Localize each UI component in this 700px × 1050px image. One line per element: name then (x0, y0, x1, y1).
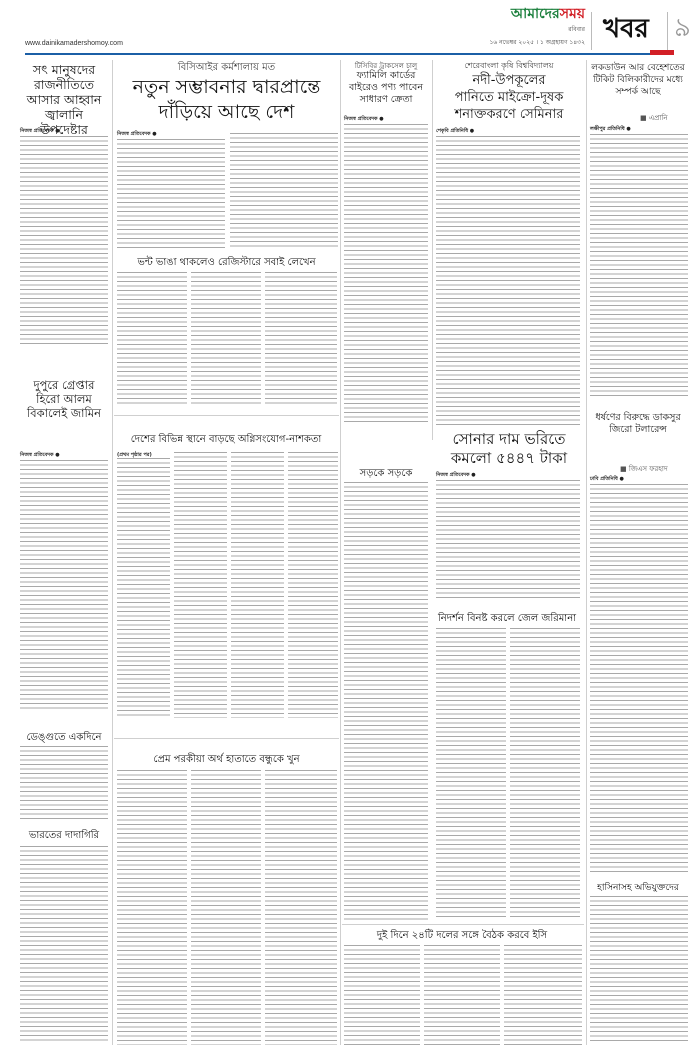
headline[interactable]: ভারতের দাদাগিরি (20, 828, 108, 845)
article-body: সংবাদ বিস্তারিত (117, 272, 187, 407)
article-body: সংবাদ বিস্তারিত (230, 133, 338, 249)
headline[interactable]: শনাক্তকরণে সেমিনার (434, 107, 584, 123)
article-body: সংবাদ বিস্তারিত (436, 480, 580, 600)
headline[interactable]: কমলো ৫৪৪৭ টাকা (434, 449, 584, 467)
article-body: সংবাদ বিস্তারিত (590, 896, 688, 1044)
article-body: সংবাদ বিস্তারিত (436, 136, 580, 426)
byline: লক্ষীপুর প্রতিনিধি ● (590, 126, 631, 134)
headline[interactable]: ফ্যামিলি কার্ডের বাইরেও পণ্য পাবেন সাধার… (342, 70, 430, 106)
headline[interactable]: পানিতে মাইক্রো-দূষক (434, 90, 584, 106)
column-divider (586, 60, 587, 1045)
headline[interactable]: দেশের বিভিন্ন স্থানে বাড়ছে অগ্নিসংযোগ-ন… (112, 432, 340, 449)
headline[interactable]: হাসিনাসহ অভিযুক্তদের (588, 880, 688, 895)
article-body: সংবাদ বিস্তারিত (20, 746, 108, 820)
article-body: সংবাদ বিস্তারিত (510, 628, 580, 918)
headline[interactable]: লকডাউন আর বেহেশতের টিকিট বিলিকারীদের মধ্… (588, 62, 688, 98)
newspaper-brand: আমাদেরসময় রবিবার ১৬ নভেম্বর ২০২৫ । ১ অগ… (440, 6, 585, 48)
article-body: সংবাদ বিস্তারিত (344, 945, 420, 1045)
article-body: সংবাদ বিস্তারিত (424, 945, 500, 1045)
headline[interactable]: প্রেম পরকীয়া অর্থ হাতাতে বন্ধুকে খুন (114, 752, 339, 769)
headline[interactable]: ধর্ষণের বিরুদ্ধে ডাকসুর জিরো টলারেন্স (588, 412, 688, 436)
article-body: সংবাদ বিস্তারিত (117, 139, 225, 249)
masthead: www.dainikamadershomoy.com আমাদেরসময় রব… (0, 0, 700, 57)
article-body: সংবাদ বিস্তারিত (265, 770, 337, 1045)
article-body: সংবাদ বিস্তারিত (288, 452, 338, 718)
article-body: সংবাদ বিস্তারিত (504, 945, 582, 1045)
headline[interactable]: নতুন সম্ভাবনার দ্বারপ্রান্তে (114, 75, 339, 99)
article-body: সংবাদ বিস্তারিত (20, 136, 108, 346)
header-rule (25, 53, 655, 55)
article-body: সংবাদ বিস্তারিত (117, 458, 170, 718)
section-divider (114, 738, 339, 739)
headline[interactable]: দুই দিনে ২৪টি দলের সঙ্গে বৈঠক করবে ইসি (342, 928, 582, 945)
brand-logo: আমাদেরসময় (440, 6, 585, 22)
headline[interactable]: সড়কে সড়কে (342, 466, 430, 483)
article-body: সংবাদ বিস্তারিত (117, 770, 187, 1045)
byline: নিজস্ব প্রতিবেদক ● (20, 452, 60, 460)
divider (667, 12, 668, 50)
column-divider (112, 60, 113, 1045)
article-body: সংবাদ বিস্তারিত (344, 124, 428, 424)
article-body: সংবাদ বিস্তারিত (265, 272, 337, 407)
kicker: শেরেবাংলা কৃষি বিশ্ববিদ্যালয় (434, 60, 584, 73)
issue-date: ১৬ নভেম্বর ২০২৫ । ১ অগ্রহায়ণ ১৪৩২ (440, 37, 585, 48)
site-url[interactable]: www.dainikamadershomoy.com (25, 40, 123, 47)
article-body: সংবাদ বিস্তারিত (20, 846, 108, 1044)
headline[interactable]: নদী-উপকূলের (434, 73, 584, 89)
article-body: সংবাদ বিস্তারিত (191, 770, 261, 1045)
article-body: সংবাদ বিস্তারিত (231, 452, 284, 718)
headline[interactable]: সোনার দাম ভরিতে (434, 430, 584, 448)
column-divider (432, 60, 433, 440)
issue-day: রবিবার (440, 24, 585, 35)
headline[interactable]: ডেঙ্গুতে একদিনে (20, 730, 108, 747)
section-title: খবর (603, 14, 649, 44)
article-body: সংবাদ বিস্তারিত (590, 484, 688, 874)
byline: নিজস্ব প্রতিবেদক ● (344, 116, 384, 124)
section-divider (114, 415, 339, 416)
author-credit: ■ এপ্রানি (640, 112, 668, 124)
article-body: সংবাদ বিস্তারিত (174, 452, 227, 718)
article-body: সংবাদ বিস্তারিত (191, 272, 261, 407)
byline: নিজস্ব প্রতিবেদক ● (117, 131, 157, 139)
article-body: সংবাদ বিস্তারিত (344, 482, 428, 922)
headline[interactable]: নিদর্শন বিনষ্ট করলে জেল জরিমানা (432, 611, 582, 628)
column-divider (340, 60, 341, 1045)
headline[interactable]: সৎ মানুষদের রাজনীতিতে আসার আহ্বান জ্বালা… (20, 62, 108, 137)
author-credit: ■ জিএস ফরহাদ (620, 463, 668, 475)
byline: ঢাবি প্রতিনিধি ● (590, 476, 624, 484)
article-body: সংবাদ বিস্তারিত (590, 134, 688, 396)
byline: নিজস্ব প্রতিবেদক ● (20, 128, 60, 136)
divider (591, 12, 592, 50)
byline: নিজস্ব প্রতিবেদক ● (436, 472, 476, 480)
page-number: ৯ (674, 13, 691, 43)
byline: শেকৃবি প্রতিনিধি ● (436, 128, 474, 136)
article-body: সংবাদ বিস্তারিত (436, 628, 506, 918)
section-divider (342, 924, 584, 925)
headline[interactable]: ভন্ট ভাঙা থাকলেও রেজিস্টারে সবাই লেখেন (114, 255, 339, 272)
headline[interactable]: দুপুরে গ্রেপ্তার হিরো আলম বিকালেই জামিন (20, 378, 108, 420)
article-body: সংবাদ বিস্তারিত (20, 460, 108, 712)
header-accent (650, 50, 674, 55)
headline[interactable]: দাঁড়িয়ে আছে দেশ (114, 100, 339, 124)
